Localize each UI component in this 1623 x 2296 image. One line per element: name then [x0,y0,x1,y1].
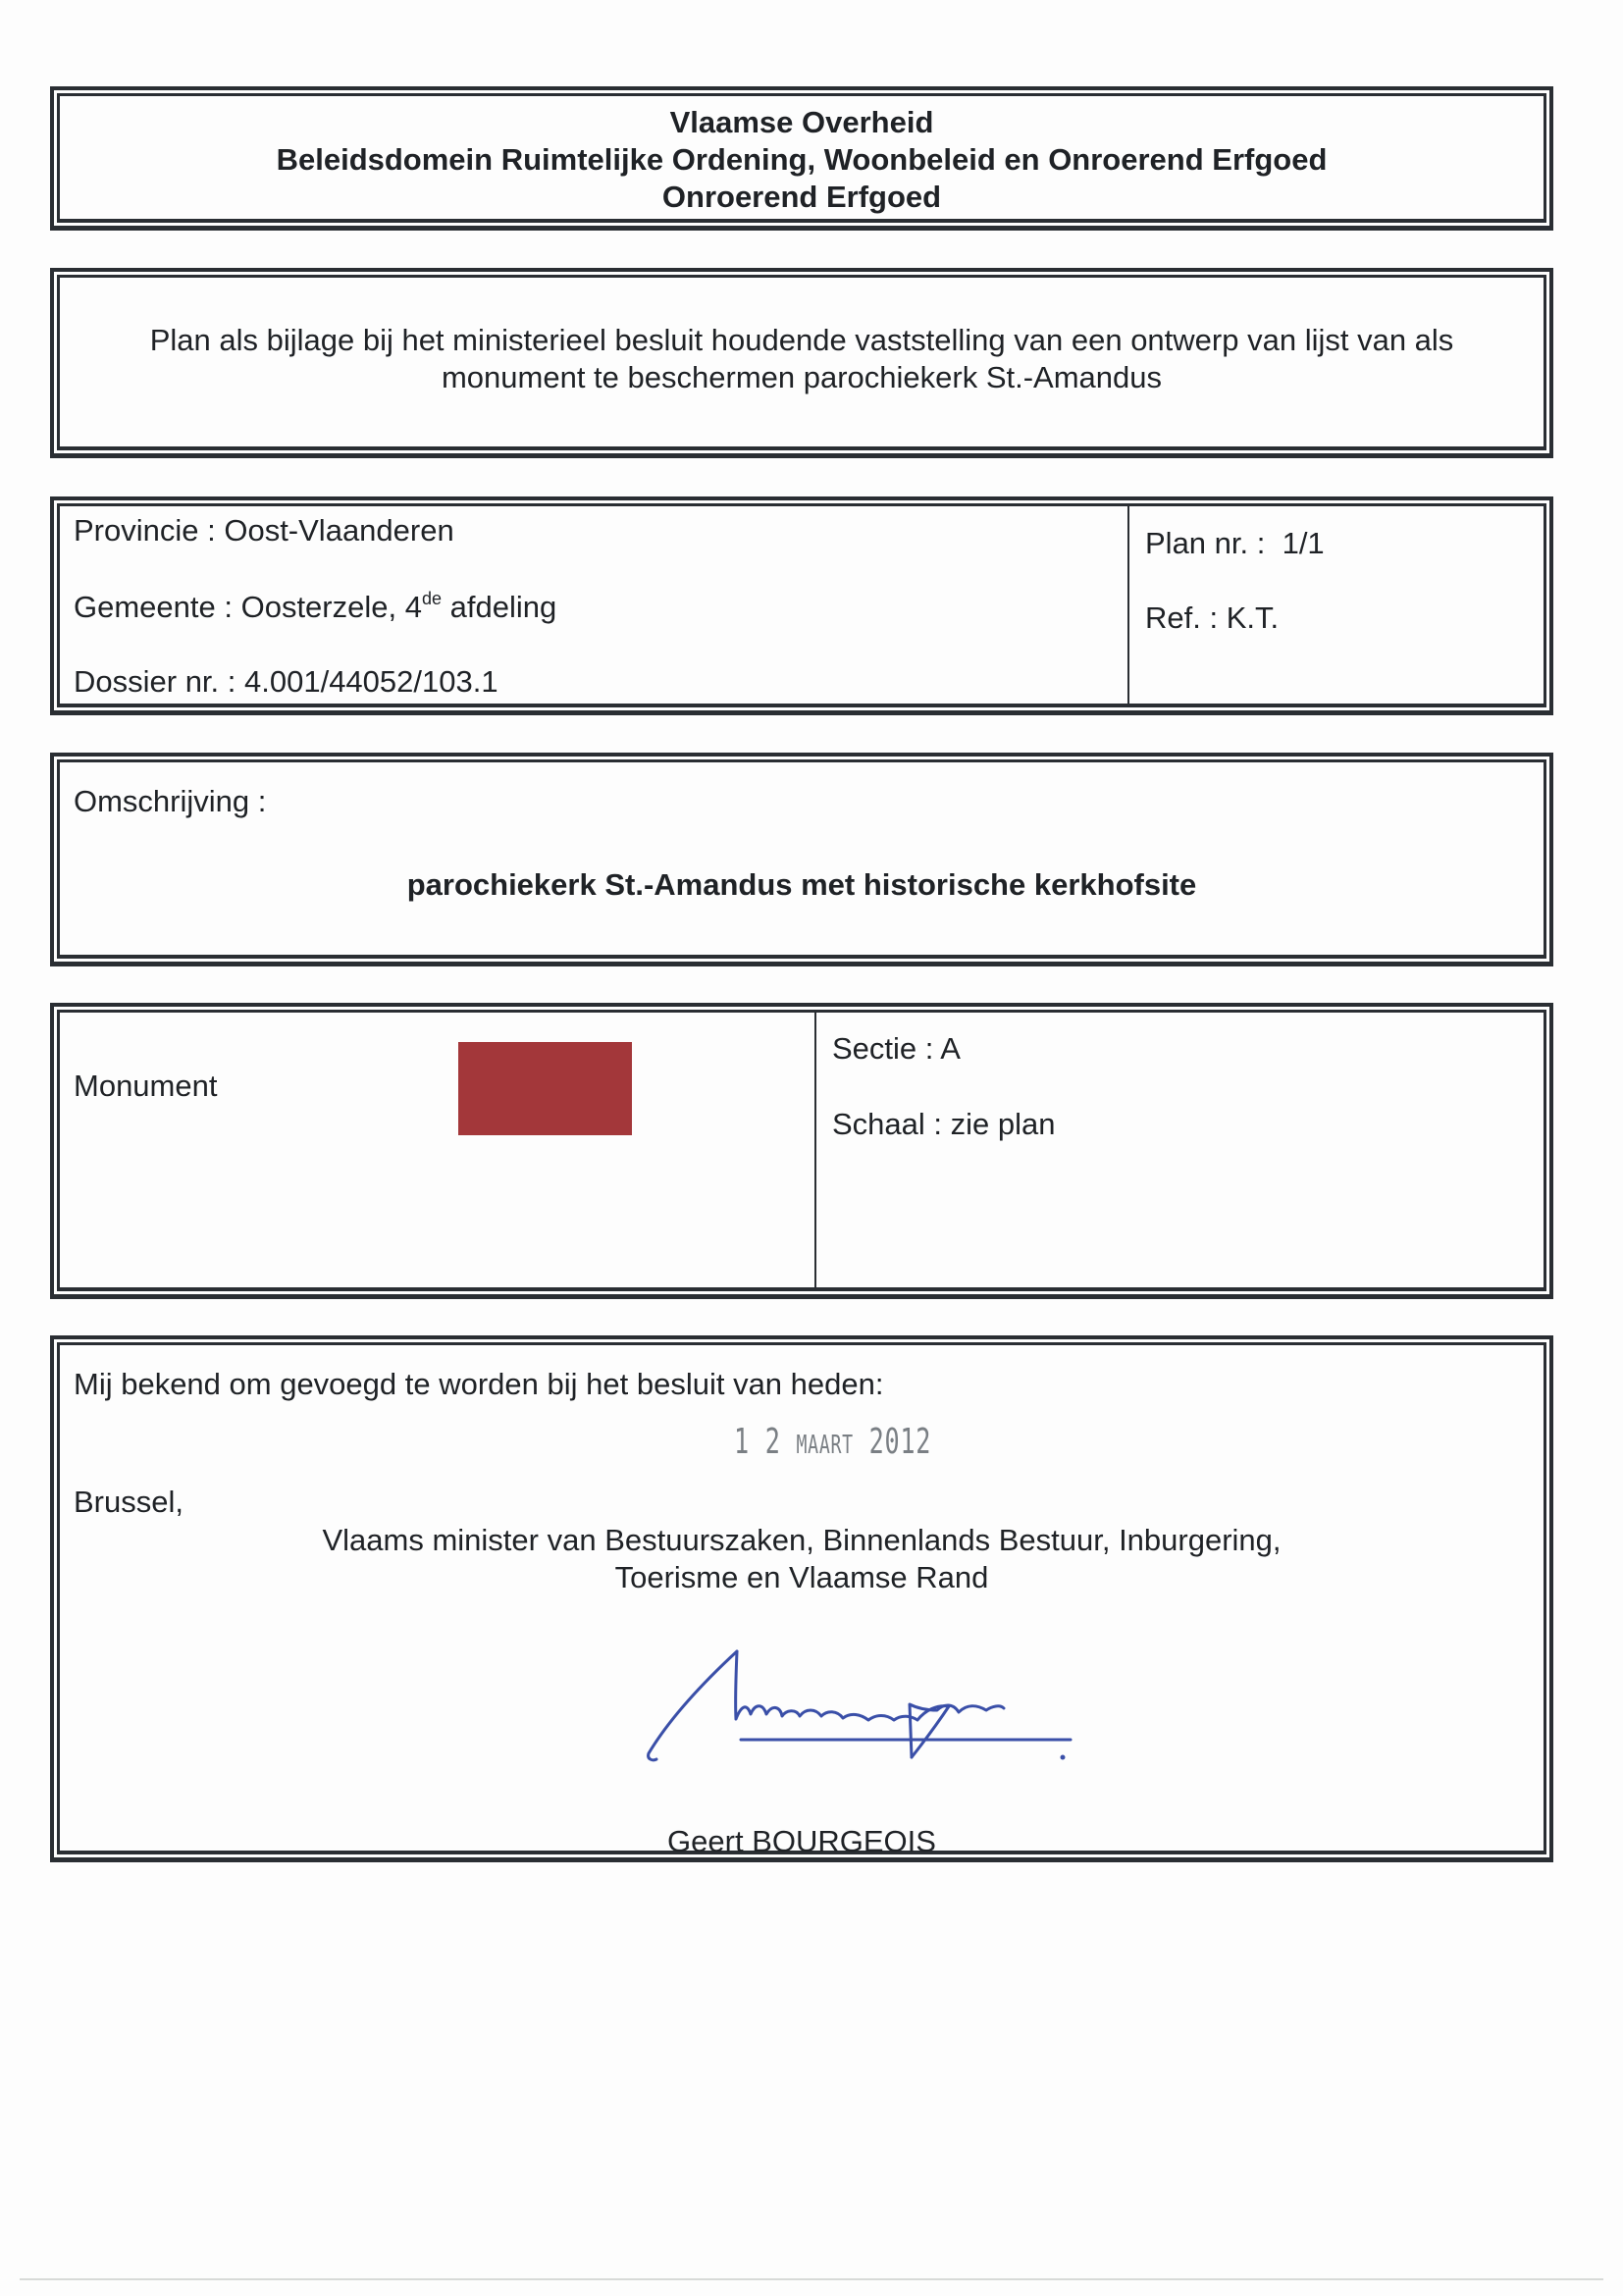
plan-nr-label: Plan nr. : [1145,526,1283,560]
plan-nr-field: Plan nr. : 1/1 [1145,528,1325,558]
signatory-name: Geert BOURGEOIS [54,1826,1549,1856]
plan-title-box: Plan als bijlage bij het ministerieel be… [50,268,1553,458]
gemeente-field: Gemeente : Oosterzele, 4de afdeling [74,592,556,622]
legend-column-divider [814,1013,816,1287]
schaal-value: zie plan [951,1107,1056,1141]
stamp-day: 1 2 [734,1422,781,1462]
description-label: Omschrijving : [74,786,266,816]
minister-title-line-2: Toerisme en Vlaamse Rand [54,1562,1549,1592]
description-box: Omschrijving : parochiekerk St.-Amandus … [50,753,1553,966]
approval-statement: Mij bekend om gevoegd te worden bij het … [74,1369,883,1399]
info-column-divider [1127,506,1129,704]
description-value: parochiekerk St.-Amandus met historische… [54,869,1549,900]
header-line-3: Onroerend Erfgoed [54,182,1549,212]
provincie-field: Provincie : Oost-Vlaanderen [74,515,454,546]
monument-color-swatch [458,1042,632,1135]
gemeente-value: Oosterzele, 4 [241,590,422,624]
legend-inner-border [57,1010,1546,1291]
gemeente-label: Gemeente : [74,590,241,624]
dossier-value: 4.001/44052/103.1 [244,664,498,699]
place: Brussel, [74,1487,183,1517]
stamp-year: 2012 [869,1422,931,1462]
sectie-value: A [940,1031,961,1066]
signature-image [643,1645,1192,1763]
legend-box: Monument Sectie : A Schaal : zie plan [50,1003,1553,1299]
provincie-label: Provincie : [74,513,224,548]
ref-value: K.T. [1227,600,1279,635]
stamp-month: MAART [797,1431,854,1460]
minister-title-line-1: Vlaams minister van Bestuurszaken, Binne… [54,1525,1549,1555]
legend-item-label: Monument [74,1070,217,1101]
dossier-field: Dossier nr. : 4.001/44052/103.1 [74,666,498,697]
header-box: Vlaamse Overheid Beleidsdomein Ruimtelij… [50,86,1553,231]
sectie-label: Sectie : [832,1031,940,1066]
schaal-field: Schaal : zie plan [832,1109,1055,1139]
schaal-label: Schaal : [832,1107,951,1141]
gemeente-ordinal-suffix: de [422,589,442,608]
gemeente-suffix: afdeling [442,590,556,624]
header-line-2: Beleidsdomein Ruimtelijke Ordening, Woon… [54,144,1549,175]
approval-inner-border [57,1342,1546,1854]
provincie-value: Oost-Vlaanderen [224,513,453,548]
ref-label: Ref. : [1145,600,1227,635]
scan-edge-line [20,2278,1603,2280]
plan-nr-value: 1/1 [1283,526,1325,560]
sectie-field: Sectie : A [832,1033,961,1064]
approval-box: Mij bekend om gevoegd te worden bij het … [50,1335,1553,1862]
date-stamp: 1 2 MAART 2012 [734,1422,931,1462]
description-inner-border [57,759,1546,959]
plan-title-line-2: monument te beschermen parochiekerk St.-… [54,362,1549,392]
info-box: Provincie : Oost-Vlaanderen Gemeente : O… [50,496,1553,715]
ref-field: Ref. : K.T. [1145,602,1279,633]
dossier-label: Dossier nr. : [74,664,244,699]
plan-title-line-1: Plan als bijlage bij het ministerieel be… [54,325,1549,355]
header-line-1: Vlaamse Overheid [54,107,1549,137]
